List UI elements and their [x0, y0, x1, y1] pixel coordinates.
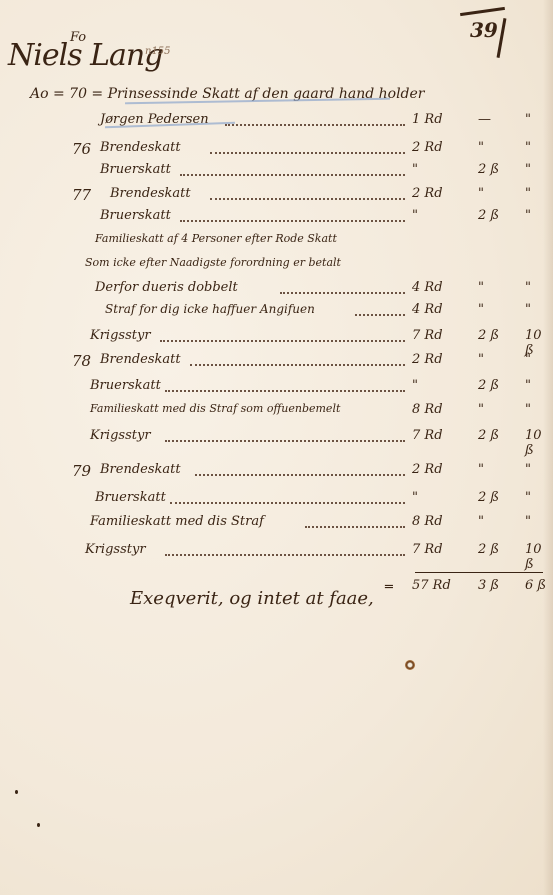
ledger-row: Familieskatt af 4 Personer efter Rode Sk…	[0, 232, 553, 254]
ledger-row: Bruerskatt " 2 ß "	[0, 162, 553, 184]
ledger-row: Derfor dueris dobbelt 4 Rd " "	[0, 280, 553, 302]
ink-spot	[37, 823, 40, 827]
heading-superscript: Fo	[70, 30, 86, 45]
ledger-row: Bruerskatt " 2 ß "	[0, 378, 553, 400]
ledger-row: 76 Brendeskatt 2 Rd " "	[0, 140, 553, 162]
ledger-row: Jørgen Pedersen 1 Rd — "	[0, 112, 553, 134]
ledger-row: 79 Brendeskatt 2 Rd " "	[0, 462, 553, 484]
reference-note: n155	[145, 46, 171, 57]
folio-stroke-vertical	[497, 18, 507, 58]
manuscript-page: 39 Niels Lang Fo n155 Ao = 70 = Prinsess…	[0, 0, 553, 895]
ledger-row: Familieskatt med dis Straf 8 Rd " "	[0, 514, 553, 536]
ledger-row: Bruerskatt " 2 ß "	[0, 208, 553, 230]
burn-hole	[405, 660, 415, 670]
equals-sign: ═	[385, 580, 393, 595]
folio-number: 39	[470, 18, 498, 42]
footer-note: Exeqverit, og intet at faae,	[130, 588, 374, 609]
ledger-row: Krigsstyr 7 Rd 2 ß 10 ß	[0, 428, 553, 450]
ledger-row: 77 Brendeskatt 2 Rd " "	[0, 186, 553, 208]
ledger-row: Krigsstyr 7 Rd 2 ß 10 ß	[0, 542, 553, 564]
ledger-row: Bruerskatt " 2 ß "	[0, 490, 553, 512]
ledger-row: Som icke efter Naadigste forordning er b…	[0, 256, 553, 278]
ledger-row: Straf for dig icke haffuer Angifuen 4 Rd…	[0, 302, 553, 324]
ledger-row: 78 Brendeskatt 2 Rd " "	[0, 352, 553, 374]
ledger-row: Krigsstyr 7 Rd 2 ß 10 ß	[0, 328, 553, 350]
sum-rule	[415, 572, 543, 573]
folio-stroke	[460, 7, 505, 16]
ink-spot	[15, 790, 18, 794]
ledger-row: Familieskatt med dis Straf som offuenbem…	[0, 402, 553, 424]
